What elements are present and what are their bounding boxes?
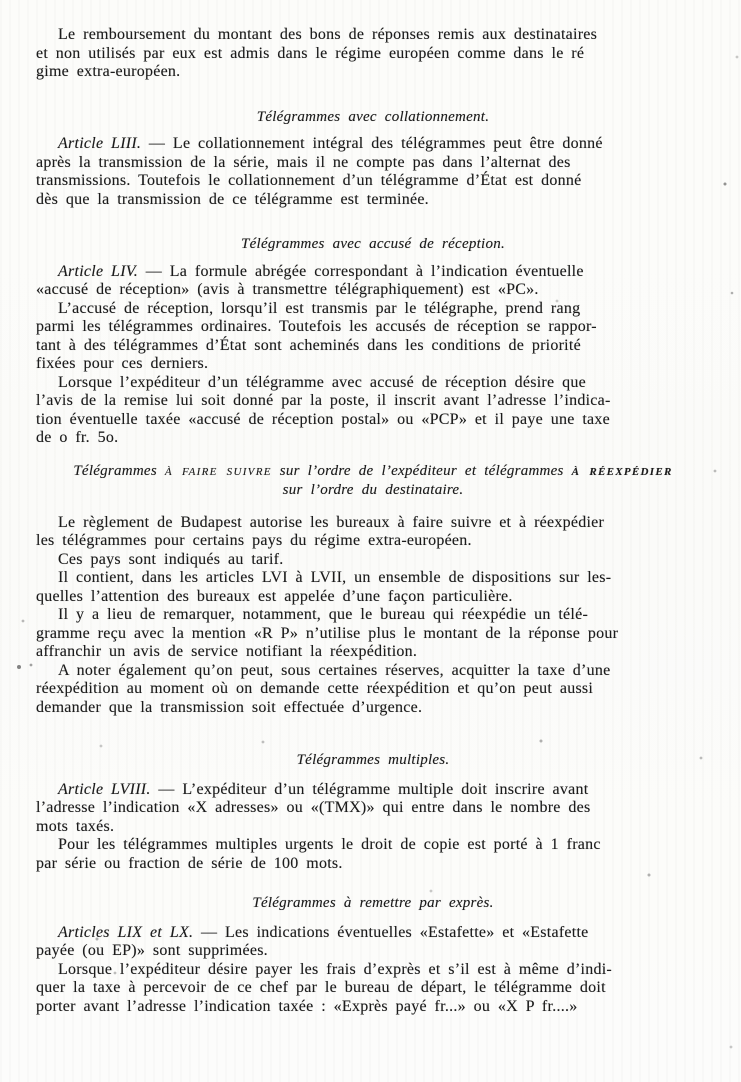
heading-fs-smallcaps-reexpedier: à réexpédier <box>572 463 673 479</box>
paragraph-pour-les-telegrammes: Pour les télégrammes multiples urgents l… <box>36 836 710 873</box>
article-lviii-label: Article LVIII. <box>58 781 158 798</box>
section-heading-faire-suivre-reexpedier: Télégrammes à faire suivre sur l’ordre d… <box>36 462 710 500</box>
scan-speckles <box>0 0 2 2</box>
paragraph-article-lviii: Article LVIII. — L’expéditeur d’un télég… <box>36 781 710 837</box>
paragraph-article-liii: Article LIII. — Le collationnement intég… <box>36 135 710 209</box>
section-heading-multiples: Télégrammes multiples. <box>36 751 710 770</box>
section-heading-expres: Télégrammes à remettre par exprès. <box>36 894 710 913</box>
article-liv-label: Article LIV. <box>58 263 146 280</box>
text-column: Le remboursement du montant des bons de … <box>36 26 710 1016</box>
paragraph-ces-pays: Ces pays sont indiqués au tarif. <box>36 551 710 570</box>
article-liii-label: Article LIII. <box>58 135 149 152</box>
articles-lix-lx-label: Articles LIX et LX. <box>58 924 201 941</box>
paragraph-il-y-a-lieu: Il y a lieu de remarquer, notamment, que… <box>36 606 710 662</box>
paragraph-accuse-rang: L’accusé de réception, lorsqu’il est tra… <box>36 300 710 374</box>
paragraph-lorsque-payer: Lorsque l’expéditeur désire payer les fr… <box>36 961 710 1017</box>
section-heading-accuse-reception: Télégrammes avec accusé de réception. <box>36 235 710 254</box>
paragraph-article-liv: Article LIV. — La formule abrégée corres… <box>36 263 710 300</box>
heading-fs-part2: sur l’ordre de l’expéditeur et télégramm… <box>272 463 572 479</box>
heading-fs-part1: Télégrammes <box>73 463 165 479</box>
paragraph-lorsque-expediteur: Lorsque l’expéditeur d’un télégramme ave… <box>36 374 710 448</box>
paragraph-il-contient: Il contient, dans les articles LVI à LVI… <box>36 569 710 606</box>
heading-fs-smallcaps-faire-suivre: à faire suivre <box>165 463 272 479</box>
paragraph-reglement-budapest: Le règlement de Budapest autorise les bu… <box>36 514 710 551</box>
paragraph-remboursement: Le remboursement du montant des bons de … <box>36 26 710 82</box>
scanned-page: Le remboursement du montant des bons de … <box>0 0 741 1082</box>
paragraph-a-noter: A noter également qu’on peut, sous certa… <box>36 662 710 718</box>
heading-fs-line2: sur l’ordre du destinataire. <box>283 482 464 498</box>
section-heading-collationnement: Télégrammes avec collationnement. <box>36 108 710 127</box>
paragraph-articles-lix-lx: Articles LIX et LX. — Les indications év… <box>36 924 710 961</box>
